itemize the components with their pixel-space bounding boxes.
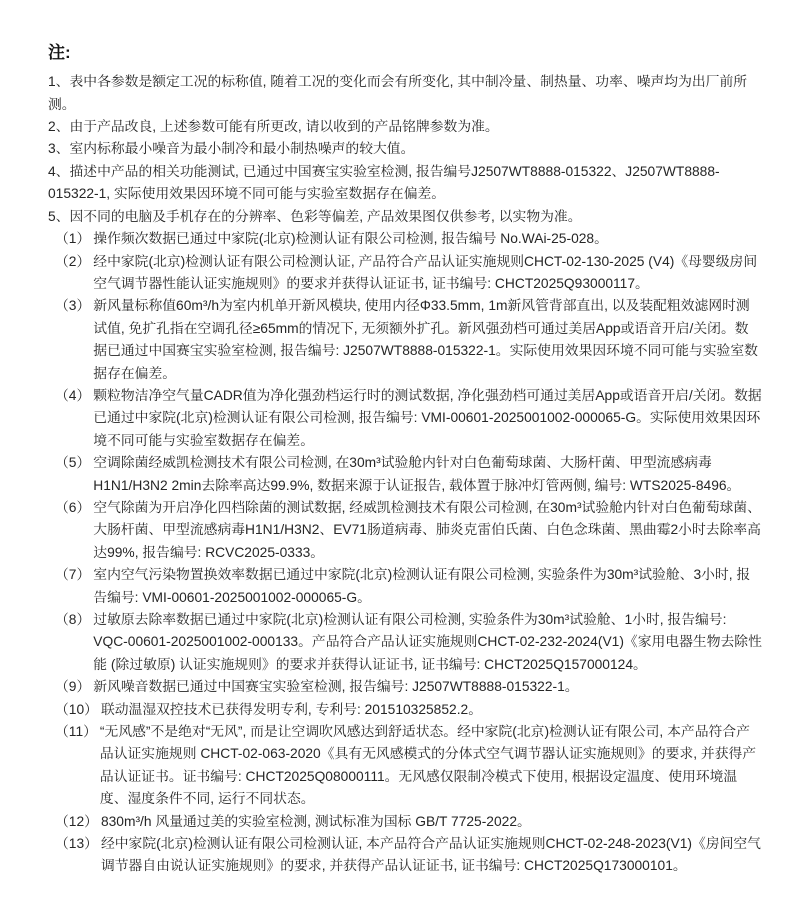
footnote-text: 颗粒物洁净空气量CADR值为净化强劲档运行时的测试数据, 净化强劲档可通过美居A… — [93, 385, 762, 452]
footnote-marker: （3） — [55, 295, 93, 317]
footnote-item: （10） 联动温湿双控技术已获得发明专利, 专利号: 201510325852.… — [48, 699, 762, 721]
footnote-text: 联动温湿双控技术已获得发明专利, 专利号: 201510325852.2。 — [101, 699, 762, 721]
footnote-text: 830m³/h 风量通过美的实验室检测, 测试标准为国标 GB/T 7725-2… — [101, 811, 762, 833]
footnote-marker: （11） — [55, 721, 100, 743]
footnote-text: 空调除菌经威凯检测技术有限公司检测, 在30m³试验舱内针对白色葡萄球菌、大肠杆… — [93, 452, 762, 497]
footnote-text: 经中家院(北京)检测认证有限公司检测认证, 本产品符合产品认证实施规则CHCT-… — [101, 833, 762, 878]
notes-list: 1、表中各参数是额定工况的标称值, 随着工况的变化而会有所变化, 其中制冷量、制… — [48, 71, 762, 228]
footnote-item: （8） 过敏原去除率数据已通过中家院(北京)检测认证有限公司检测, 实验条件为3… — [48, 609, 762, 676]
footnote-marker: （13） — [55, 833, 101, 855]
notes-title: 注: — [48, 42, 762, 63]
footnote-item: （6） 空气除菌为开启净化四档除菌的测试数据, 经威凯检测技术有限公司检测, 在… — [48, 497, 762, 564]
footnote-marker: （12） — [55, 811, 101, 833]
footnote-marker: （7） — [55, 564, 93, 586]
footnote-item: （12） 830m³/h 风量通过美的实验室检测, 测试标准为国标 GB/T 7… — [48, 811, 762, 833]
note-item-marker: 3、 — [48, 141, 69, 156]
footnotes-list: （1） 操作频次数据已通过中家院(北京)检测认证有限公司检测, 报告编号 No.… — [48, 228, 762, 878]
footnote-marker: （6） — [55, 497, 93, 519]
note-item: 4、描述中产品的相关功能测试, 已通过中国赛宝实验室检测, 报告编号J2507W… — [48, 161, 762, 206]
footnote-item: （11） “无风感”不是绝对“无风”, 而是让空调吹风感达到舒适状态。经中家院(… — [48, 721, 762, 811]
footnote-item: （9） 新风噪音数据已通过中国赛宝实验室检测, 报告编号: J2507WT888… — [48, 676, 762, 698]
footnote-text: 新风量标称值60m³/h为室内机单开新风模块, 使用内径Φ33.5mm, 1m新… — [93, 295, 762, 385]
note-item-marker: 4、 — [48, 164, 69, 179]
footnote-marker: （9） — [55, 676, 93, 698]
footnote-text: 经中家院(北京)检测认证有限公司检测认证, 产品符合产品认证实施规则CHCT-0… — [93, 251, 762, 296]
note-item-text: 因不同的电脑及手机存在的分辨率、色彩等偏差, 产品效果图仅供参考, 以实物为准。 — [69, 209, 581, 224]
note-item-marker: 2、 — [48, 119, 69, 134]
footnote-marker: （2） — [55, 251, 93, 273]
note-item: 1、表中各参数是额定工况的标称值, 随着工况的变化而会有所变化, 其中制冷量、制… — [48, 71, 762, 116]
footnote-item: （7） 室内空气污染物置换效率数据已通过中家院(北京)检测认证有限公司检测, 实… — [48, 564, 762, 609]
footnote-text: 操作频次数据已通过中家院(北京)检测认证有限公司检测, 报告编号 No.WAi-… — [93, 228, 762, 250]
note-item-marker: 1、 — [48, 74, 69, 89]
footnote-text: 空气除菌为开启净化四档除菌的测试数据, 经威凯检测技术有限公司检测, 在30m³… — [93, 497, 762, 564]
footnote-marker: （1） — [55, 228, 93, 250]
footnote-marker: （4） — [55, 385, 93, 407]
notes-page: 注: 1、表中各参数是额定工况的标称值, 随着工况的变化而会有所变化, 其中制冷… — [0, 0, 790, 910]
footnote-item: （13） 经中家院(北京)检测认证有限公司检测认证, 本产品符合产品认证实施规则… — [48, 833, 762, 878]
note-item-text: 表中各参数是额定工况的标称值, 随着工况的变化而会有所变化, 其中制冷量、制热量… — [48, 74, 747, 111]
footnote-item: （4） 颗粒物洁净空气量CADR值为净化强劲档运行时的测试数据, 净化强劲档可通… — [48, 385, 762, 452]
footnote-item: （2） 经中家院(北京)检测认证有限公司检测认证, 产品符合产品认证实施规则CH… — [48, 251, 762, 296]
footnote-text: “无风感”不是绝对“无风”, 而是让空调吹风感达到舒适状态。经中家院(北京)检测… — [100, 721, 762, 811]
footnote-text: 过敏原去除率数据已通过中家院(北京)检测认证有限公司检测, 实验条件为30m³试… — [93, 609, 762, 676]
footnote-item: （5） 空调除菌经威凯检测技术有限公司检测, 在30m³试验舱内针对白色葡萄球菌… — [48, 452, 762, 497]
footnote-item: （3） 新风量标称值60m³/h为室内机单开新风模块, 使用内径Φ33.5mm,… — [48, 295, 762, 385]
footnote-text: 室内空气污染物置换效率数据已通过中家院(北京)检测认证有限公司检测, 实验条件为… — [93, 564, 762, 609]
note-item: 2、由于产品改良, 上述参数可能有所更改, 请以收到的产品铭牌参数为准。 — [48, 116, 762, 138]
note-item-text: 描述中产品的相关功能测试, 已通过中国赛宝实验室检测, 报告编号J2507WT8… — [48, 164, 720, 201]
footnote-marker: （8） — [55, 609, 93, 631]
footnote-marker: （5） — [55, 452, 93, 474]
note-item: 5、因不同的电脑及手机存在的分辨率、色彩等偏差, 产品效果图仅供参考, 以实物为… — [48, 206, 762, 228]
note-item: 3、室内标称最小噪音为最小制冷和最小制热噪声的较大值。 — [48, 138, 762, 160]
footnote-text: 新风噪音数据已通过中国赛宝实验室检测, 报告编号: J2507WT8888-01… — [93, 676, 762, 698]
footnote-marker: （10） — [55, 699, 101, 721]
note-item-marker: 5、 — [48, 209, 69, 224]
note-item-text: 室内标称最小噪音为最小制冷和最小制热噪声的较大值。 — [69, 141, 414, 156]
footnote-item: （1） 操作频次数据已通过中家院(北京)检测认证有限公司检测, 报告编号 No.… — [48, 228, 762, 250]
note-item-text: 由于产品改良, 上述参数可能有所更改, 请以收到的产品铭牌参数为准。 — [69, 119, 498, 134]
